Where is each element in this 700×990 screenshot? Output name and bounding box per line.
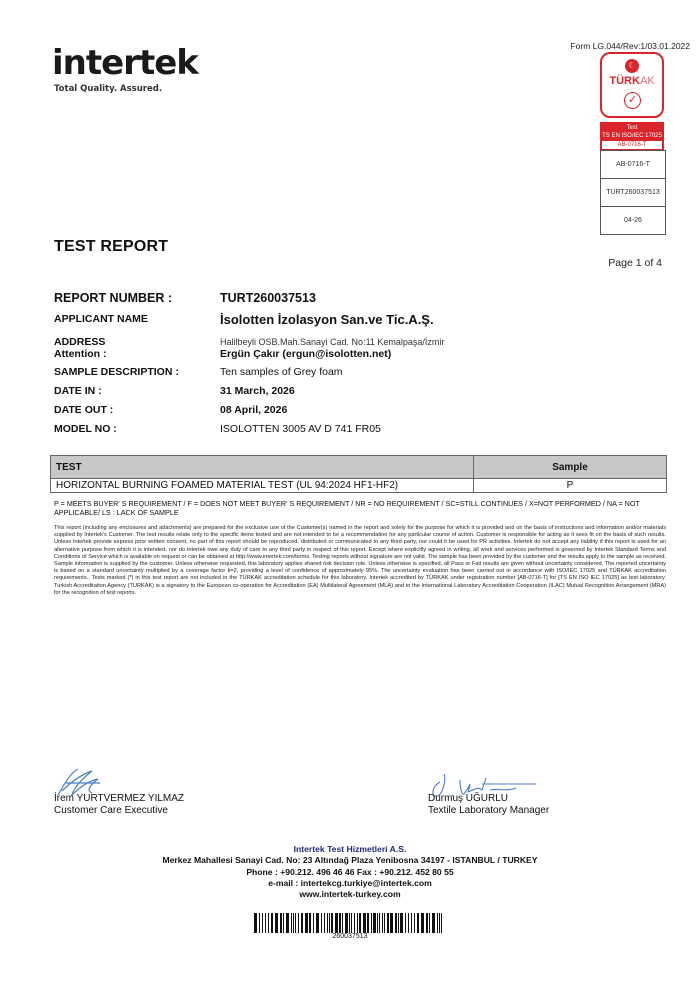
- form-code: Form LG.044/Rev:1/03.01.2022: [570, 41, 690, 51]
- footer-contact: Intertek Test Hizmetleri A.S. Merkez Mah…: [0, 844, 700, 900]
- turkak-brand-strong: TÜRK: [609, 75, 640, 87]
- applicant-value: İsolotten İzolasyon San.ve Tic.A.Ş.: [220, 312, 434, 327]
- report-number-label: REPORT NUMBER :: [54, 291, 172, 305]
- barcode-icon: [254, 913, 446, 933]
- report-number-value: TURT260037513: [220, 291, 316, 305]
- page-indicator: Page 1 of 4: [608, 257, 662, 269]
- turkak-accreditation-badge: ☾ TÜRKAK ✓ Test TS EN ISO/IEC 17025 AB-0…: [600, 52, 664, 151]
- accreditation-label: Test TS EN ISO/IEC 17025 AB-0716-T: [600, 122, 664, 151]
- disclaimer-text: This report (including any enclosures an…: [54, 525, 666, 597]
- footer-email: e-mail : intertekcg.turkiye@intertek.com: [0, 878, 700, 889]
- date-in-label: DATE IN :: [54, 385, 102, 397]
- accreditation-standard: TS EN ISO/IEC 17025: [601, 132, 663, 140]
- address-label: ADDRESS: [54, 336, 105, 348]
- reference-box-period: 04-26: [601, 207, 665, 234]
- address-value: Halilbeyli OSB.Mah.Sanayi Cad. No:11 Kem…: [220, 337, 444, 347]
- checkmark-icon: ✓: [624, 92, 641, 109]
- date-in-value: 31 March, 2026: [220, 385, 295, 397]
- date-out-value: 08 April, 2026: [220, 404, 287, 416]
- table-row: HORIZONTAL BURNING FOAMED MATERIAL TEST …: [51, 479, 667, 493]
- accreditation-code: AB-0716-T: [602, 141, 662, 149]
- column-header-test: TEST: [51, 456, 474, 479]
- signatory-name: İrem YURTVERMEZ YILMAZ: [54, 793, 184, 805]
- model-no-value: ISOLOTTEN 3005 AV D 741 FR05: [220, 423, 381, 435]
- column-header-sample: Sample: [474, 456, 667, 479]
- page-title: TEST REPORT: [54, 238, 168, 256]
- reference-box-accreditation: AB-0716-T: [601, 151, 665, 179]
- logo-tagline: Total Quality. Assured.: [54, 84, 198, 94]
- barcode-number: 260037513: [0, 933, 700, 940]
- results-header-row: TEST Sample: [51, 456, 667, 479]
- footer-website: www.intertek-turkey.com: [0, 889, 700, 900]
- accreditation-type: Test: [601, 124, 663, 132]
- signature-block-left: İrem YURTVERMEZ YILMAZ Customer Care Exe…: [54, 793, 184, 817]
- signature-block-right: Durmuş UĞURLU Textile Laboratory Manager: [428, 793, 549, 817]
- reference-box-report: TURT260037513: [601, 179, 665, 207]
- turkak-brand-light: AK: [640, 75, 655, 87]
- attention-value: Ergün Çakır (ergun@isolotten.net): [220, 348, 391, 360]
- turkak-brand: TÜRKAK: [602, 75, 662, 87]
- applicant-label: APPLICANT NAME: [54, 313, 148, 325]
- sample-description-value: Ten samples of Grey foam: [220, 366, 343, 378]
- intertek-logo: intertek Total Quality. Assured.: [52, 46, 198, 94]
- footer-address: Merkez Mahallesi Sanayi Cad. No: 23 Altı…: [0, 855, 700, 866]
- turkak-logo-frame: ☾ TÜRKAK ✓: [600, 52, 664, 118]
- footer-company: Intertek Test Hizmetleri A.S.: [0, 844, 700, 855]
- model-no-label: MODEL NO :: [54, 423, 117, 435]
- results-table: TEST Sample HORIZONTAL BURNING FOAMED MA…: [50, 455, 667, 493]
- attention-label: Attention :: [54, 348, 107, 360]
- sample-result-cell: P: [474, 479, 667, 493]
- date-out-label: DATE OUT :: [54, 404, 113, 416]
- reference-boxes: AB-0716-T TURT260037513 04-26: [600, 150, 666, 235]
- footer-phone-fax: Phone : +90.212. 496 46 46 Fax : +90.212…: [0, 867, 700, 878]
- logo-wordmark: intertek: [52, 46, 198, 80]
- sample-description-label: SAMPLE DESCRIPTION :: [54, 366, 179, 378]
- test-name-cell: HORIZONTAL BURNING FOAMED MATERIAL TEST …: [51, 479, 474, 493]
- crescent-star-icon: ☾: [625, 59, 639, 73]
- results-legend: P = MEETS BUYER' S REQUIREMENT / F = DOE…: [54, 499, 664, 517]
- signatory-title: Textile Laboratory Manager: [428, 805, 549, 817]
- signatory-title: Customer Care Executive: [54, 805, 184, 817]
- signatory-name: Durmuş UĞURLU: [428, 793, 549, 805]
